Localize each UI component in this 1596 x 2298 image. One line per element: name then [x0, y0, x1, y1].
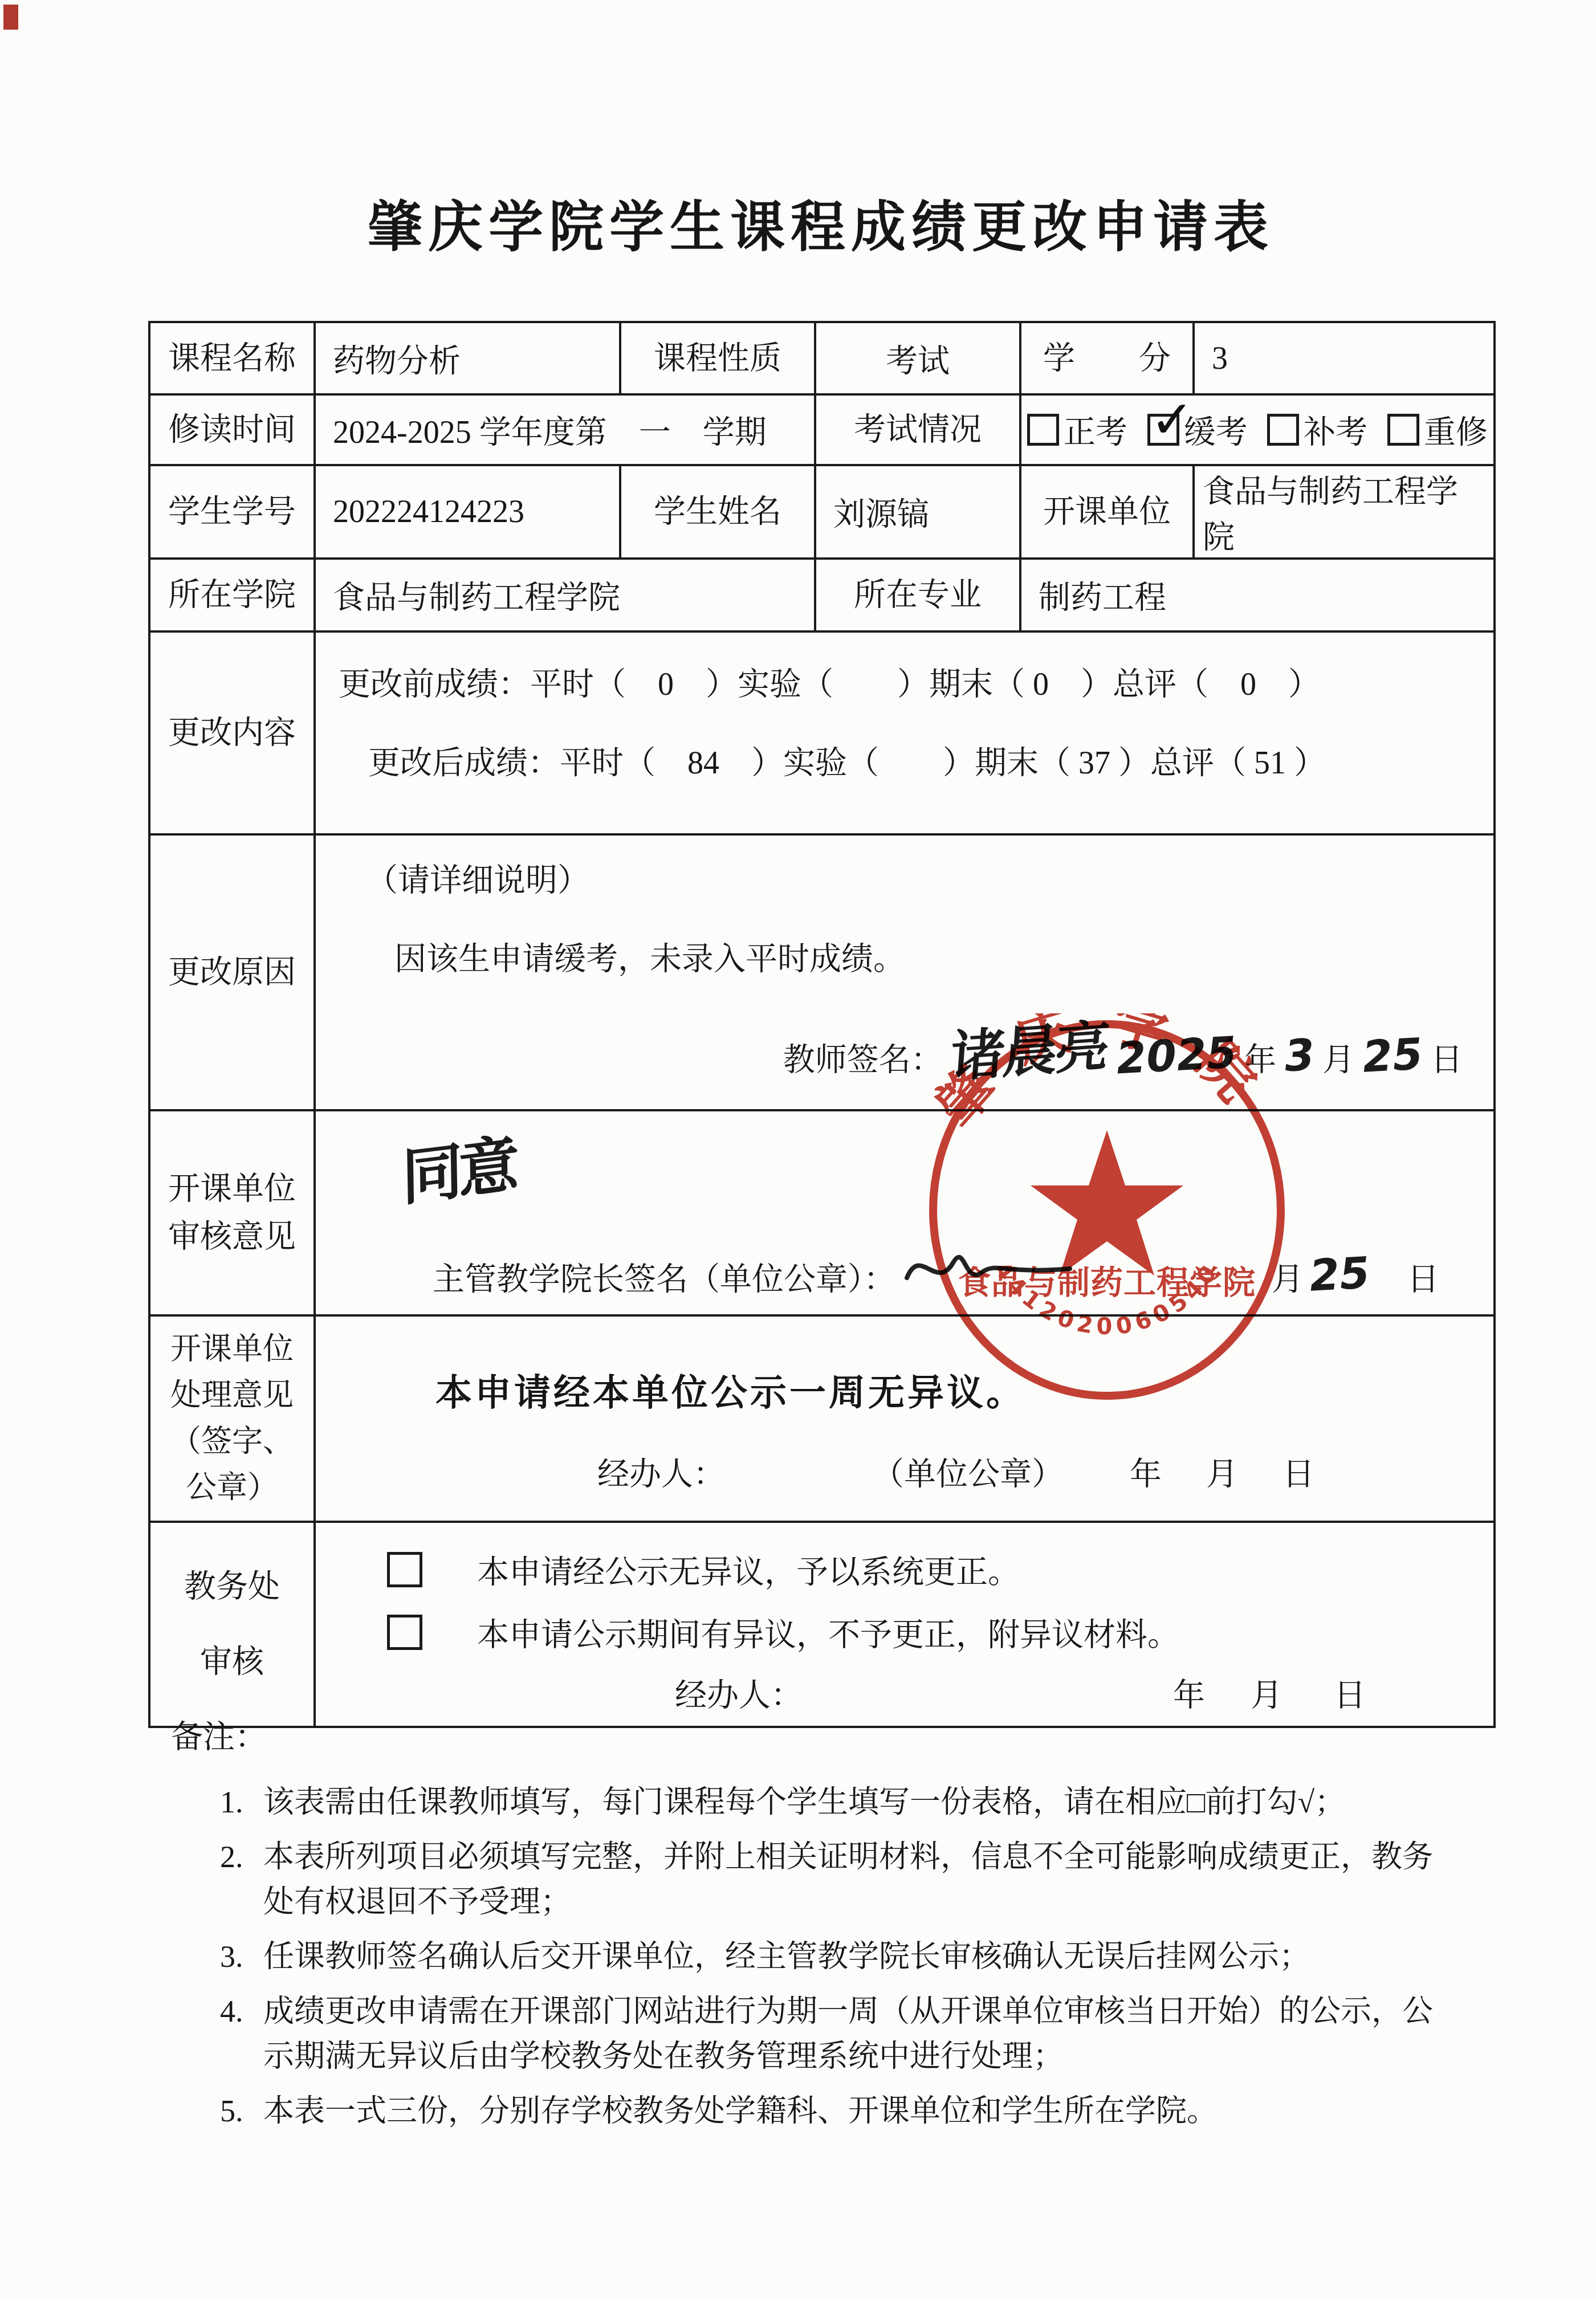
- page-title: 肇庆学院学生课程成绩更改申请表: [148, 184, 1493, 262]
- option-bukao-label: 补考: [1304, 407, 1367, 453]
- reason-hint: （请详细说明）: [366, 855, 1493, 901]
- registrar-option1-text: 本申请经公示无异议，予以系统更正。: [477, 1547, 1020, 1592]
- day-unit: 日: [1431, 1034, 1463, 1080]
- unit-seal-label: （单位公章）: [872, 1449, 1064, 1494]
- checkbox-bukao[interactable]: ✓: [1267, 414, 1299, 446]
- change-reason-label: 更改原因: [149, 834, 315, 1110]
- unit-month-unit: 月: [1206, 1449, 1238, 1494]
- unit-review-label-line2: 审核意见: [155, 1213, 309, 1261]
- registrar-label-line1: 教务处: [155, 1563, 309, 1611]
- registrar-agent-label: 经办人：: [675, 1670, 803, 1716]
- unit-year-unit: 年: [1130, 1449, 1162, 1494]
- registrar-label: 教务处 审核: [149, 1522, 315, 1727]
- checkbox-zhengkao[interactable]: ✓: [1027, 414, 1059, 446]
- exam-options-row: ✓ 正考 ✓ 缓考 ✓ 补考 ✓ 重修: [1021, 407, 1493, 453]
- student-name-label: 学生姓名: [620, 465, 815, 559]
- unit-day-unit: 日: [1282, 1449, 1314, 1494]
- registrar-month-unit: 月: [1251, 1670, 1282, 1716]
- scanned-form-page: 肇庆学院学生课程成绩更改申请表 课程名称 药物分析 课程性质 考试 学 分 3 …: [0, 0, 1596, 2298]
- registrar-day-unit: 日: [1334, 1670, 1366, 1716]
- row-change-content: 更改内容 更改前成绩：平时（ 0 ）实验（ ）期末（ 0 ）总评（ 0 ） 更改…: [149, 631, 1495, 834]
- unit-decision-label-line4: 公章）: [155, 1465, 309, 1511]
- unit-decision-cell: 本申请经本单位公示一周无异议。 经办人： （单位公章） 年 月 日: [315, 1315, 1495, 1522]
- unit-decision-label-line2: 处理意见: [155, 1372, 309, 1419]
- stamp-star-icon: [1031, 1130, 1183, 1276]
- approval-comment-handwriting: 同意: [401, 1114, 515, 1217]
- note-text: 任课教师签名确认后交开课单位，经主管教学院长审核确认无误后挂网公示；: [263, 1934, 1438, 1979]
- registrar-label-line2: 审核: [155, 1638, 309, 1686]
- note-item-5: 5. 本表一式三份，分别存学校教务处学籍科、开课单位和学生所在学院。: [220, 2089, 1459, 2133]
- note-number: 1.: [220, 1780, 263, 1824]
- option-zhengkao-label: 正考: [1064, 407, 1127, 453]
- note-item-3: 3. 任课教师签名确认后交开课单位，经主管教学院长审核确认无误后挂网公示；: [220, 1934, 1459, 1979]
- note-text: 本表所列项目必须填写完整，并附上相关证明材料，信息不全可能影响成绩更正，教务处有…: [263, 1835, 1438, 1924]
- offering-unit-label: 开课单位: [1020, 465, 1194, 559]
- note-text: 成绩更改申请需在开课部门网站进行为期一周（从开课单位审核当日开始）的公示，公示期…: [263, 1989, 1438, 2079]
- registrar-cell: ✓ 本申请经公示无异议，予以系统更正。 ✓ 本申请公示期间有异议，不予更正，附异…: [315, 1522, 1495, 1727]
- term-value: 2024-2025 学年度第 一 学期: [315, 394, 815, 465]
- scores-before-line: 更改前成绩：平时（ 0 ）实验（ ）期末（ 0 ）总评（ 0 ）: [339, 659, 1493, 704]
- option-huankao: ✓ 缓考: [1147, 407, 1248, 453]
- student-id-label: 学生学号: [149, 465, 315, 559]
- scan-artifact-mark: [3, 5, 18, 30]
- unit-decision-label: 开课单位 处理意见 （签字、 公章）: [149, 1315, 315, 1522]
- row-course: 课程名称 药物分析 课程性质 考试 学 分 3: [149, 322, 1495, 394]
- exam-status-options: ✓ 正考 ✓ 缓考 ✓ 补考 ✓ 重修: [1020, 394, 1495, 465]
- stamp-university-name: 肇庆学院: [925, 1013, 1289, 1137]
- change-reason-cell: （请详细说明） 因该生申请缓考，未录入平时成绩。 教师签名： 诸晨亮 2025 …: [315, 834, 1495, 1110]
- college-value: 食品与制药工程学院: [315, 559, 815, 631]
- checkbox-huankao[interactable]: ✓: [1147, 414, 1179, 446]
- student-id-value: 202224124223: [315, 465, 620, 559]
- unit-agent-label: 经办人：: [597, 1449, 725, 1494]
- note-text: 该表需由任课教师填写，每门课程每个学生填写一份表格，请在相应□前打勾√；: [263, 1780, 1438, 1824]
- course-name-label: 课程名称: [149, 322, 315, 394]
- checkbox-objection[interactable]: ✓: [387, 1615, 422, 1650]
- exam-status-label: 考试情况: [815, 394, 1020, 465]
- registrar-agent-row: 经办人： 年 月 日: [316, 1670, 1366, 1716]
- dean-day-handwriting: 25: [1306, 1247, 1373, 1301]
- note-item-1: 1. 该表需由任课教师填写，每门课程每个学生填写一份表格，请在相应□前打勾√；: [220, 1780, 1459, 1824]
- row-registrar-review: 教务处 审核 ✓ 本申请经公示无异议，予以系统更正。 ✓ 本申请公示期间有异议，…: [149, 1522, 1495, 1727]
- note-item-4: 4. 成绩更改申请需在开课部门网站进行为期一周（从开课单位审核当日开始）的公示，…: [220, 1989, 1459, 2079]
- course-name-value: 药物分析: [315, 322, 620, 394]
- offering-unit-value: 食品与制药工程学院: [1194, 465, 1495, 559]
- course-nature-value: 考试: [815, 322, 1020, 394]
- change-content-cell: 更改前成绩：平时（ 0 ）实验（ ）期末（ 0 ）总评（ 0 ） 更改后成绩：平…: [315, 631, 1495, 834]
- unit-review-cell: 同意 主管教学院长签名（单位公章）： 月 25 日: [315, 1110, 1495, 1315]
- notes-heading: 备注：: [171, 1714, 1459, 1761]
- credit-label: 学 分: [1020, 322, 1194, 394]
- unit-decision-label-line3: （签字、: [155, 1419, 309, 1465]
- option-chongxiu: ✓ 重修: [1387, 407, 1488, 453]
- change-content-label: 更改内容: [149, 631, 315, 834]
- course-nature-label: 课程性质: [620, 322, 815, 394]
- official-seal-stamp: 肇庆学院 食品与制药工程学院 4412020060540: [919, 1013, 1295, 1407]
- unit-decision-label-line1: 开课单位: [155, 1326, 309, 1372]
- note-text: 本表一式三份，分别存学校教务处学籍科、开课单位和学生所在学院。: [263, 2089, 1438, 2133]
- row-term: 修读时间 2024-2025 学年度第 一 学期 考试情况 ✓ 正考 ✓ 缓考 …: [149, 394, 1495, 465]
- dean-sign-label: 主管教学院长签名（单位公章）：: [433, 1254, 895, 1299]
- registrar-option2-text: 本申请公示期间有异议，不予更正，附异议材料。: [477, 1610, 1179, 1655]
- notes-section: 备注： 1. 该表需由任课教师填写，每门课程每个学生填写一份表格，请在相应□前打…: [171, 1714, 1459, 2144]
- term-label: 修读时间: [149, 394, 315, 465]
- checkbox-chongxiu[interactable]: ✓: [1387, 414, 1419, 446]
- registrar-year-unit: 年: [1173, 1670, 1205, 1716]
- registrar-option2-row: ✓ 本申请公示期间有异议，不予更正，附异议材料。: [387, 1610, 1179, 1655]
- note-number: 2.: [220, 1835, 263, 1924]
- row-college: 所在学院 食品与制药工程学院 所在专业 制药工程: [149, 559, 1495, 631]
- note-number: 3.: [220, 1934, 263, 1979]
- unit-review-label-line1: 开课单位: [155, 1165, 309, 1213]
- major-label: 所在专业: [815, 559, 1020, 631]
- option-chongxiu-label: 重修: [1424, 407, 1488, 453]
- scores-after-line: 更改后成绩：平时（ 84 ）实验（ ）期末（ 37 ）总评（ 51 ）: [368, 738, 1493, 783]
- sign-day-handwriting: 25: [1359, 1028, 1426, 1082]
- note-number: 4.: [220, 1989, 263, 2079]
- student-name-value: 刘源镐: [815, 465, 1020, 559]
- reason-text: 因该生申请缓考，未录入平时成绩。: [394, 934, 1493, 979]
- college-label: 所在学院: [149, 559, 315, 631]
- note-item-2: 2. 本表所列项目必须填写完整，并附上相关证明材料，信息不全可能影响成绩更正，教…: [220, 1835, 1459, 1924]
- check-icon: ✓: [1150, 394, 1194, 446]
- row-student: 学生学号 202224124223 学生姓名 刘源镐 开课单位 食品与制药工程学…: [149, 465, 1495, 559]
- major-value: 制药工程: [1020, 559, 1495, 631]
- unit-agent-row: 经办人： （单位公章） 年 月 日: [316, 1449, 1314, 1494]
- month-unit: 月: [1322, 1034, 1354, 1080]
- dean-day-unit: 日: [1407, 1254, 1439, 1299]
- credit-value: 3: [1194, 322, 1495, 394]
- unit-review-label: 开课单位 审核意见: [149, 1110, 315, 1315]
- option-zhengkao: ✓ 正考: [1027, 407, 1127, 453]
- svg-text:肇庆学院: 肇庆学院: [925, 1013, 1289, 1137]
- option-bukao: ✓ 补考: [1267, 407, 1367, 453]
- checkbox-no-objection[interactable]: ✓: [387, 1552, 422, 1587]
- note-number: 5.: [220, 2089, 263, 2133]
- registrar-option1-row: ✓ 本申请经公示无异议，予以系统更正。: [387, 1547, 1020, 1592]
